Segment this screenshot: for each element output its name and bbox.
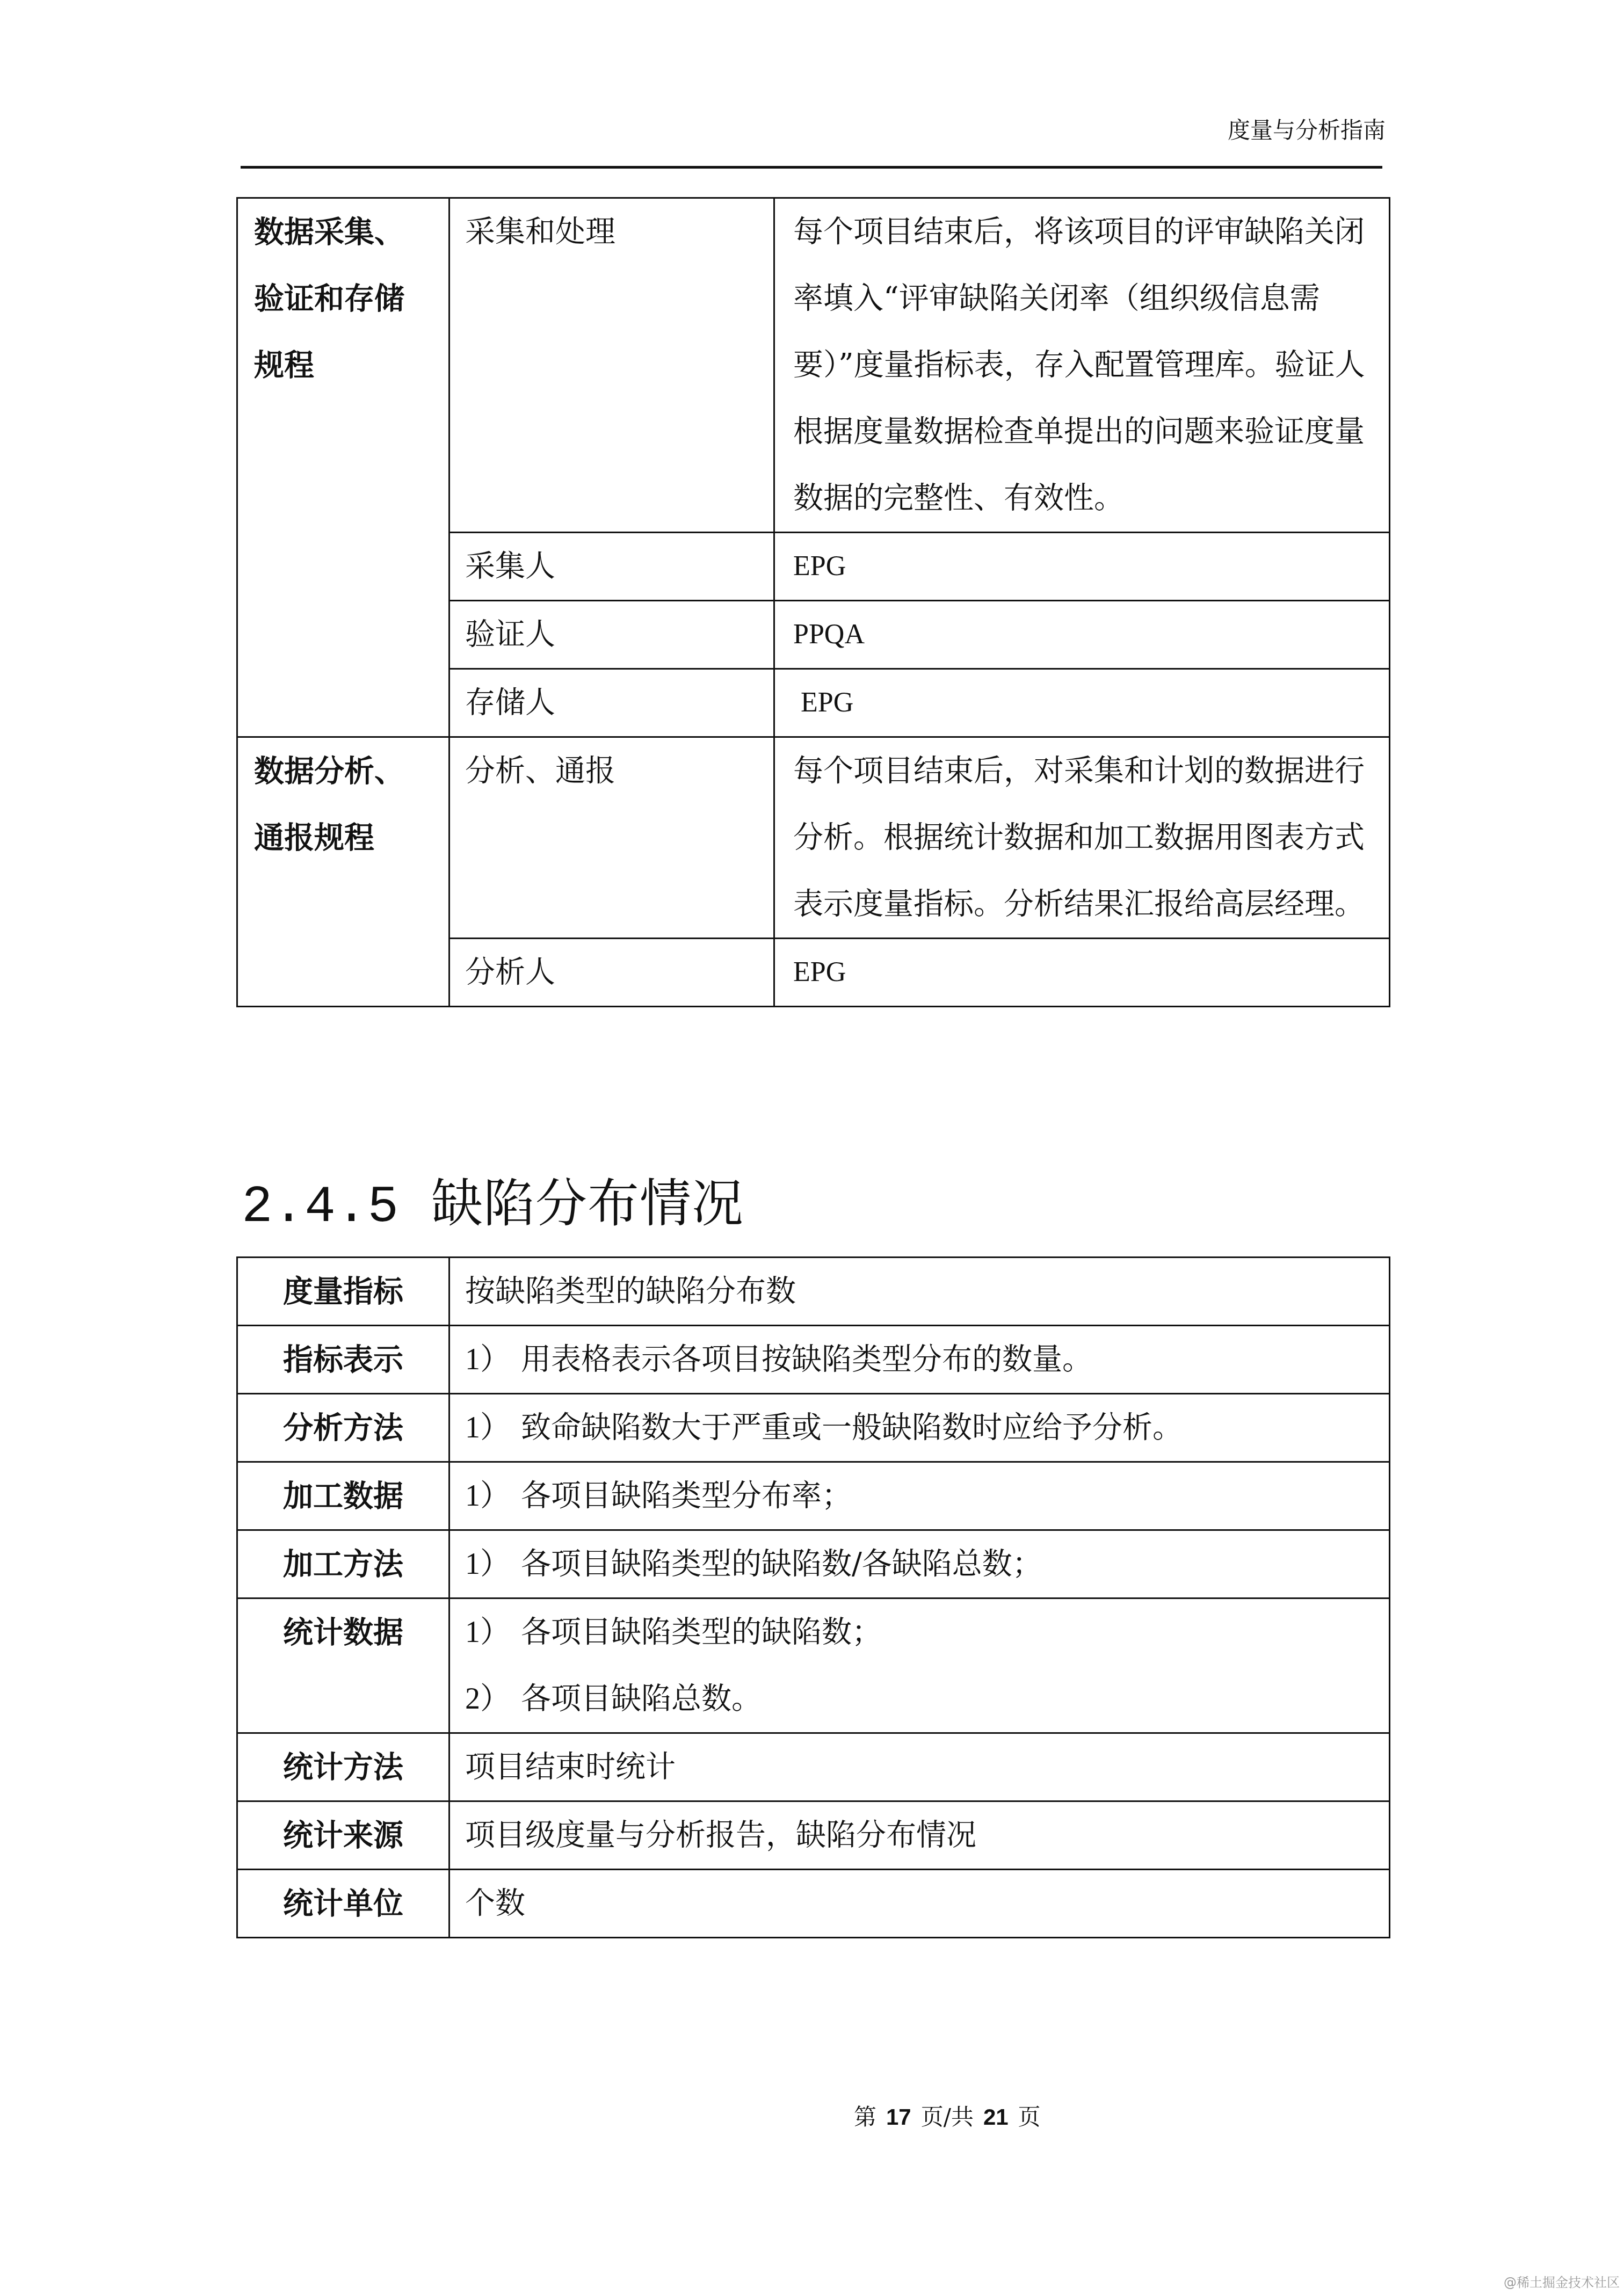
table-row: 分析方法 1）致命缺陷数大于严重或一般缺陷数时应给予分析。: [237, 1394, 1390, 1462]
row-value: EPG: [774, 533, 1390, 601]
list-number: 1）: [465, 1599, 521, 1666]
table-row: 统计单位 个数: [237, 1870, 1390, 1938]
row-label: 指标表示: [237, 1326, 450, 1394]
table-row: 加工数据 1）各项目缺陷类型分布率；: [237, 1462, 1390, 1530]
section-heading: 2.4.5缺陷分布情况: [242, 1162, 744, 1237]
section-title: 缺陷分布情况: [431, 1173, 744, 1233]
list-number: 1）: [465, 1326, 521, 1393]
row-key: 分析、通报: [450, 737, 774, 939]
table-row: 度量指标 按缺陷类型的缺陷分布数: [237, 1258, 1390, 1326]
row-value: 1）各项目缺陷类型的缺陷数/各缺陷总数；: [450, 1530, 1390, 1599]
row-value: EPG: [774, 669, 1390, 737]
row-label: 统计方法: [237, 1733, 450, 1801]
list-text: 各项目缺陷类型的缺陷数/各缺陷总数；: [521, 1546, 1042, 1581]
row-value: PPQA: [774, 601, 1390, 669]
row-value: 1）致命缺陷数大于严重或一般缺陷数时应给予分析。: [450, 1394, 1390, 1462]
list-text: 各项目缺陷类型分布率；: [521, 1478, 852, 1513]
list-number: 1）: [465, 1463, 521, 1529]
table-row: 指标表示 1）用表格表示各项目按缺陷类型分布的数量。: [237, 1326, 1390, 1394]
footer-suffix: 页: [1018, 2104, 1041, 2130]
group-label: 数据采集、验证和存储规程: [237, 198, 450, 737]
row-label: 统计数据: [237, 1599, 450, 1733]
row-value: 按缺陷类型的缺陷分布数: [450, 1258, 1390, 1326]
row-value: 项目级度量与分析报告，缺陷分布情况: [450, 1801, 1390, 1870]
page-footer: 第17页/共21页: [854, 2099, 1041, 2132]
row-value: 个数: [450, 1870, 1390, 1938]
row-label: 加工方法: [237, 1530, 450, 1599]
row-value: 1）各项目缺陷类型分布率；: [450, 1462, 1390, 1530]
list-text: 各项目缺陷总数。: [521, 1681, 762, 1716]
total-pages-number: 21: [983, 2104, 1009, 2130]
row-value: 每个项目结束后，将该项目的评审缺陷关闭率填入“评审缺陷关闭率（组织级信息需要）”…: [774, 198, 1390, 533]
group-label: 数据分析、通报规程: [237, 737, 450, 1007]
table-row: 数据采集、验证和存储规程 采集和处理 每个项目结束后，将该项目的评审缺陷关闭率填…: [237, 198, 1390, 533]
procedure-table: 数据采集、验证和存储规程 采集和处理 每个项目结束后，将该项目的评审缺陷关闭率填…: [236, 197, 1390, 1007]
list-item: 1）致命缺陷数大于严重或一般缺陷数时应给予分析。: [465, 1394, 1374, 1461]
row-key: 采集人: [450, 533, 774, 601]
row-value: 项目结束时统计: [450, 1733, 1390, 1801]
footer-middle: 页/共: [921, 2104, 974, 2130]
list-item: 1）各项目缺陷类型的缺陷数；: [465, 1599, 1374, 1666]
row-label: 统计单位: [237, 1870, 450, 1938]
table-row: 统计数据 1）各项目缺陷类型的缺陷数； 2）各项目缺陷总数。: [237, 1599, 1390, 1733]
header-divider: [241, 166, 1382, 169]
row-label: 统计来源: [237, 1801, 450, 1870]
list-item: 1）用表格表示各项目按缺陷类型分布的数量。: [465, 1326, 1374, 1393]
row-key: 采集和处理: [450, 198, 774, 533]
running-header-title: 度量与分析指南: [1203, 113, 1386, 145]
row-value-text: EPG: [793, 670, 853, 736]
list-number: 2）: [465, 1666, 521, 1732]
table-row: 统计来源 项目级度量与分析报告，缺陷分布情况: [237, 1801, 1390, 1870]
list-item: 2）各项目缺陷总数。: [465, 1666, 1374, 1732]
row-key: 验证人: [450, 601, 774, 669]
list-item: 1）各项目缺陷类型分布率；: [465, 1463, 1374, 1529]
current-page-number: 17: [886, 2104, 911, 2130]
list-text: 致命缺陷数大于严重或一般缺陷数时应给予分析。: [521, 1410, 1183, 1445]
list-text: 用表格表示各项目按缺陷类型分布的数量。: [521, 1342, 1092, 1377]
row-value: 每个项目结束后，对采集和计划的数据进行分析。根据统计数据和加工数据用图表方式表示…: [774, 737, 1390, 939]
metric-definition-table: 度量指标 按缺陷类型的缺陷分布数 指标表示 1）用表格表示各项目按缺陷类型分布的…: [236, 1256, 1390, 1938]
row-label: 度量指标: [237, 1258, 450, 1326]
list-number: 1）: [465, 1531, 521, 1597]
table-row: 加工方法 1）各项目缺陷类型的缺陷数/各缺陷总数；: [237, 1530, 1390, 1599]
section-number: 2.4.5: [242, 1178, 399, 1237]
list-number: 1）: [465, 1394, 521, 1461]
row-label: 分析方法: [237, 1394, 450, 1462]
row-key: 存储人: [450, 669, 774, 737]
row-key: 分析人: [450, 939, 774, 1007]
footer-prefix: 第: [854, 2104, 876, 2130]
row-value: 1）用表格表示各项目按缺陷类型分布的数量。: [450, 1326, 1390, 1394]
table-row: 数据分析、通报规程 分析、通报 每个项目结束后，对采集和计划的数据进行分析。根据…: [237, 737, 1390, 939]
watermark: @稀土掘金技术社区: [1504, 2272, 1620, 2291]
list-text: 各项目缺陷类型的缺陷数；: [521, 1615, 882, 1650]
row-value: 1）各项目缺陷类型的缺陷数； 2）各项目缺陷总数。: [450, 1599, 1390, 1733]
row-label: 加工数据: [237, 1462, 450, 1530]
row-value: EPG: [774, 939, 1390, 1007]
table-row: 统计方法 项目结束时统计: [237, 1733, 1390, 1801]
list-item: 1）各项目缺陷类型的缺陷数/各缺陷总数；: [465, 1531, 1374, 1597]
